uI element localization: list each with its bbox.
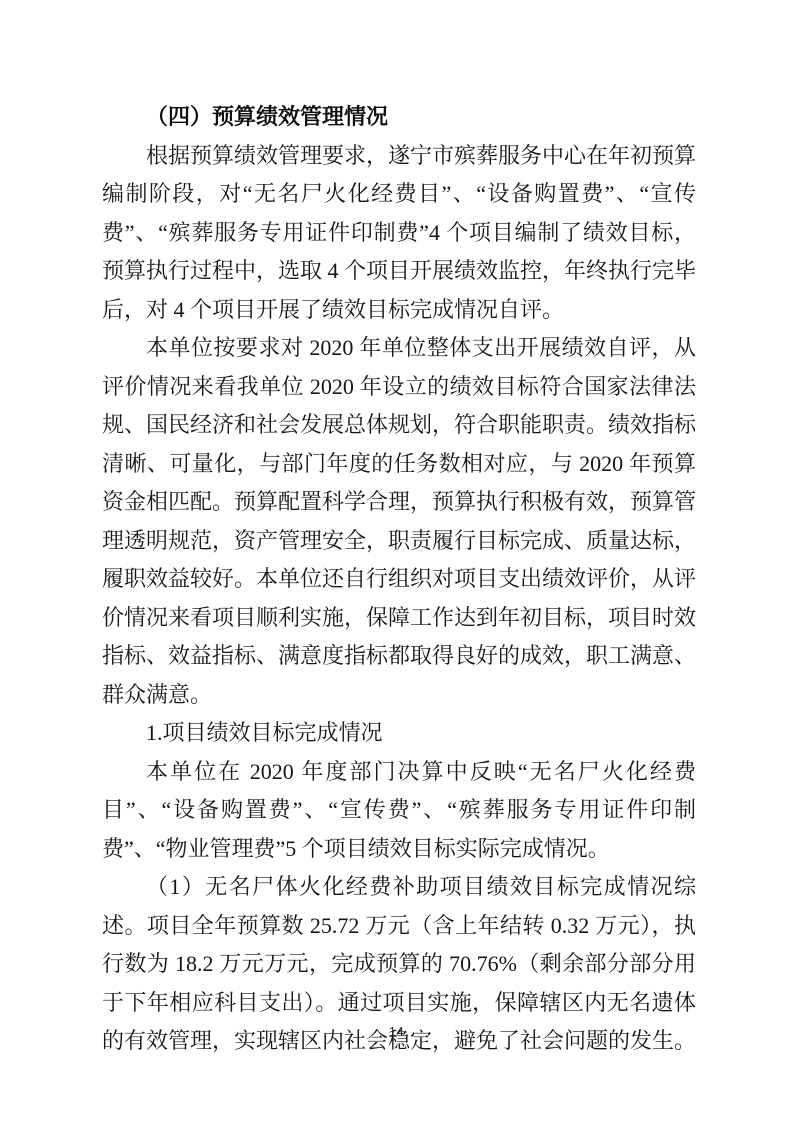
document-body: （四）预算绩效管理情况 根据预算绩效管理要求，遂宁市殡葬服务中心在年初预算编制阶… (102, 98, 696, 1061)
page-number: 14 (0, 1024, 793, 1039)
paragraph-overall-self-evaluation: 本单位按要求对 2020 年单位整体支出开展绩效自评，从评价情况来看我单位 20… (102, 329, 696, 714)
document-page: （四）预算绩效管理情况 根据预算绩效管理要求，遂宁市殡葬服务中心在年初预算编制阶… (0, 0, 793, 1122)
section-heading: （四）预算绩效管理情况 (102, 98, 696, 137)
paragraph-performance-target-setup: 根据预算绩效管理要求，遂宁市殡葬服务中心在年初预算编制阶段，对“无名尸火化经费目… (102, 137, 696, 330)
subheading-project-performance-completion: 1.项目绩效目标完成情况 (102, 714, 696, 753)
paragraph-five-project-targets: 本单位在 2020 年度部门决算中反映“无名尸火化经费目”、“设备购置费”、“宣… (102, 753, 696, 869)
